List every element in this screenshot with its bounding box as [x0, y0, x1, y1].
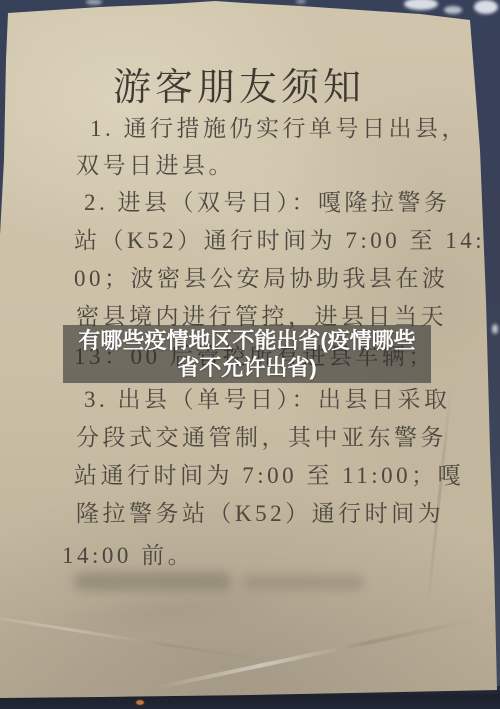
redacted-text-blur — [74, 572, 232, 591]
notice-line: 00；波密县公安局协助我县在波 — [74, 260, 449, 293]
notice-line: 2. 进县（双号日）：嘎隆拉警务 — [84, 184, 451, 217]
notice-line: 分段式交通管制，其中亚东警务 — [76, 419, 447, 452]
notice-line: 站通行时间为 7:00 至 11:00；嘎 — [74, 457, 464, 490]
wall-speckle — [296, 0, 306, 4]
notice-line: 3. 出县（单号日）：出县日采取 — [84, 381, 451, 414]
notice-line: 14:00 前。 — [62, 537, 194, 570]
caption-line-1: 有哪些疫情地区不能出省(疫情哪些 — [78, 327, 415, 354]
caption-line-2: 省不允许出省) — [177, 354, 316, 381]
notice-photo: { "overlay_caption": { "line1": "有哪些疫情地区… — [0, 0, 500, 709]
redacted-text-blur — [242, 575, 364, 590]
notice-line: 双号日进县。 — [76, 147, 235, 180]
notice-line: 1. 通行措施仍实行单号日出县， — [90, 110, 468, 143]
wall-speckle — [404, 0, 438, 10]
notice-line: 隆拉警务站（K52）通行时间为 — [76, 495, 444, 528]
wall-speckle — [444, 6, 462, 14]
notice-line: 站（K52）通行时间为 7:00 至 14: — [74, 222, 485, 255]
wall-speckle — [474, 0, 498, 14]
wall-speckle — [86, 0, 102, 5]
caption-overlay: 有哪些疫情地区不能出省(疫情哪些 省不允许出省) — [63, 325, 431, 383]
wall-speckle — [492, 324, 498, 334]
notice-title: 游客朋友须知 — [0, 56, 478, 111]
orange-speck — [136, 700, 144, 705]
